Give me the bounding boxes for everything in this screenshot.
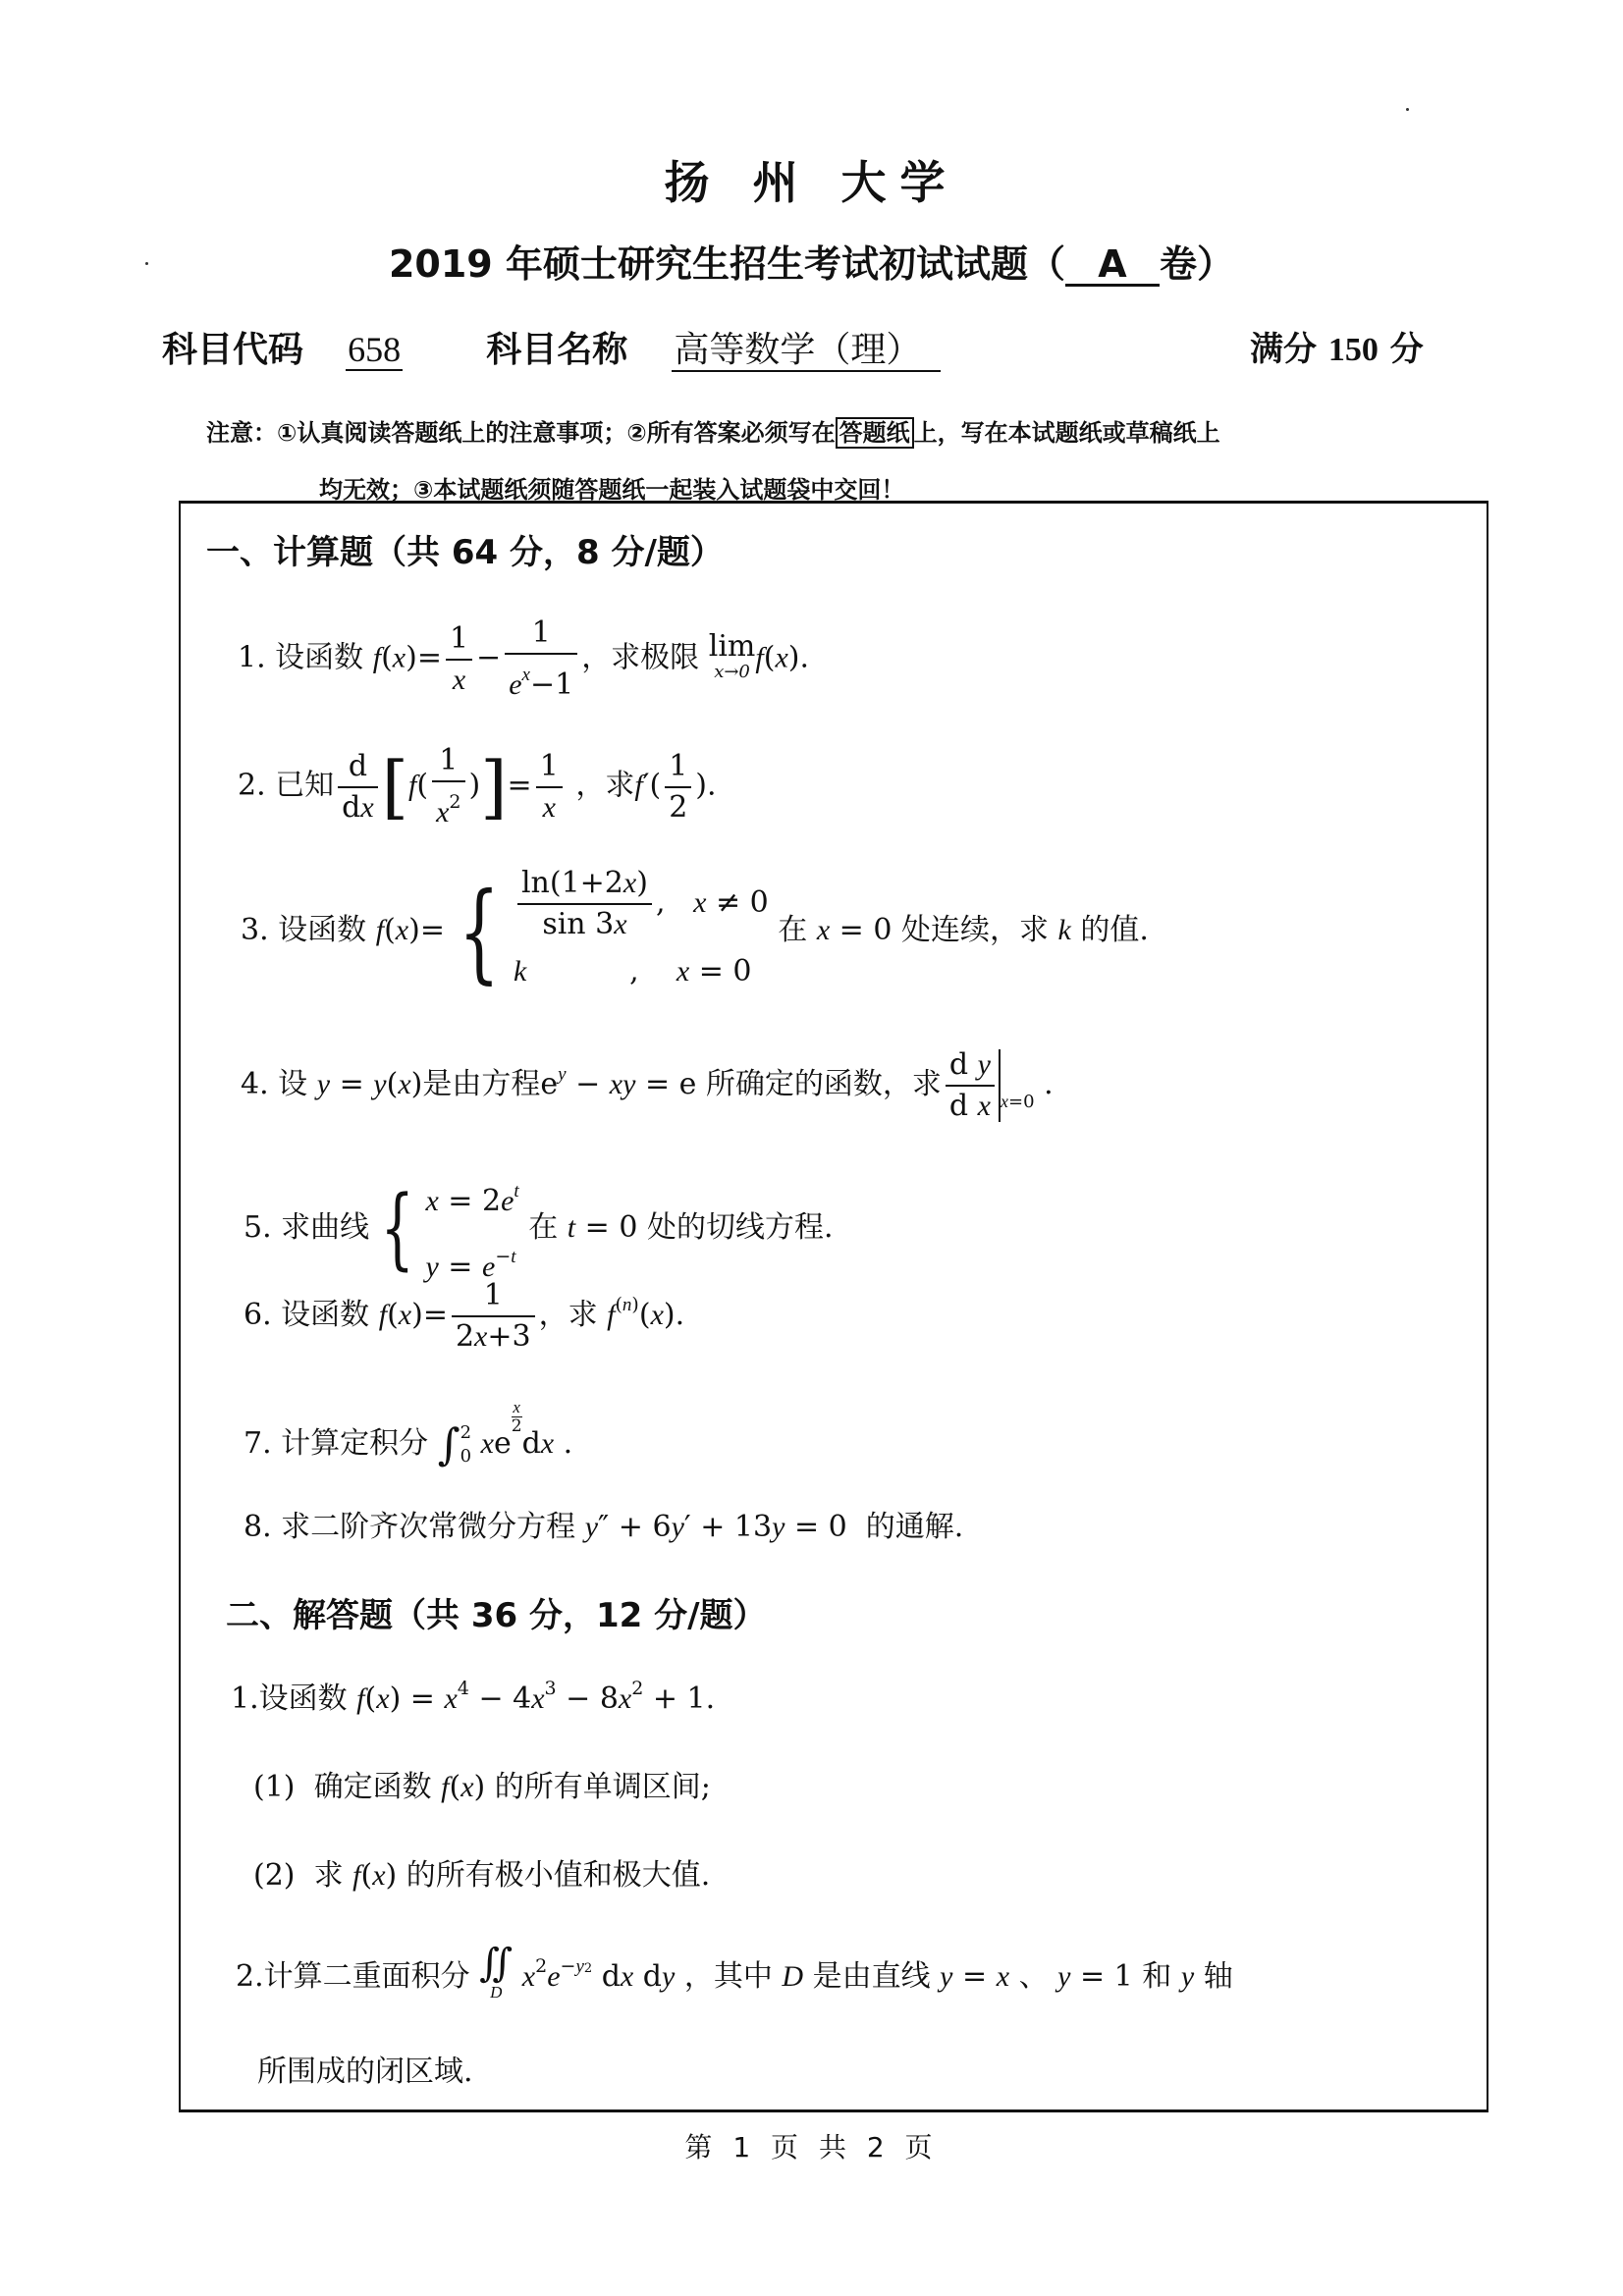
notice-line1-b: 上，写在本试题纸或草稿纸上	[914, 419, 1220, 447]
question-2-1-part-1: (1) 确定函数 f(x) 的所有单调区间;	[253, 1762, 711, 1805]
scan-speck	[145, 262, 148, 265]
question-2-2-continued: 所围成的闭区域.	[257, 2047, 473, 2090]
scan-speck	[1406, 108, 1409, 111]
full-score-unit: 分	[1390, 330, 1424, 369]
question-1-5: 5. 求曲线{ x = 2et y = e−t 在 t = 0 处的切线方程.	[243, 1163, 833, 1295]
question-1-2: 2. 已知ddx[f(1x2)]=1x ，求f′(12).	[238, 741, 717, 832]
notice-label: 注意：	[206, 419, 277, 447]
full-score-value: 150	[1328, 332, 1379, 368]
exam-title-prefix: 2019 年硕士研究生招生考试初试试题（	[389, 242, 1065, 286]
question-2-1: 1.设函数 f(x) = x4 − 4x3 − 8x2 + 1.	[231, 1674, 715, 1717]
paper-version: A	[1065, 244, 1160, 287]
subject-name-label: 科目名称	[486, 330, 627, 370]
subject-info: 科目代码 658 科目名称 高等数学（理）	[162, 322, 941, 372]
question-2-2: 2.计算二重面积分 ∬D x2e−y2 dx dy ，其中 D 是由直线 y =…	[236, 1949, 1233, 2007]
notice-boxed-answer-sheet: 答题纸	[836, 417, 914, 449]
exam-title: 2019 年硕士研究生招生考试初试试题（A卷）	[0, 234, 1623, 288]
subject-code-label: 科目代码	[162, 330, 303, 370]
full-score-label: 满分	[1250, 330, 1317, 369]
question-1-6: 6. 设函数 f(x)=12x+3，求 f(n)(x).	[243, 1276, 684, 1357]
question-1-4: 4. 设 y = y(x)是由方程ey − xy = e 所确定的函数，求d y…	[241, 1045, 1054, 1126]
university-name: 扬 州 大学	[0, 147, 1623, 212]
question-1-8: 8. 求二阶齐次常微分方程 y″ + 6y′ + 13y = 0 的通解.	[243, 1502, 963, 1545]
question-1-7: 7. 计算定积分 ∫20 xex2dx .	[243, 1399, 572, 1470]
question-2-1-part-2: (2) 求 f(x) 的所有极小值和极大值.	[253, 1850, 710, 1894]
section-2-title: 二、解答题（共 36 分，12 分/题）	[226, 1588, 767, 1636]
question-1-3: 3. 设函数 f(x)={ ln(1+2x)sin 3x, x ≠ 0 k , …	[241, 864, 1149, 999]
subject-name: 高等数学（理）	[672, 330, 941, 372]
exam-title-suffix: 卷）	[1160, 242, 1234, 286]
subject-code: 658	[346, 330, 403, 371]
notice-line1-a: ①认真阅读答题纸上的注意事项；②所有答案必须写在	[277, 419, 836, 447]
question-1-1: 1. 设函数 f(x)=1x−1ex−1，求极限 limx→0f(x).	[238, 614, 809, 705]
page-number: 第 1 页 共 2 页	[0, 2126, 1623, 2165]
full-score: 满分 150 分	[1250, 322, 1424, 370]
section-1-title: 一、计算题（共 64 分，8 分/题）	[206, 525, 724, 573]
